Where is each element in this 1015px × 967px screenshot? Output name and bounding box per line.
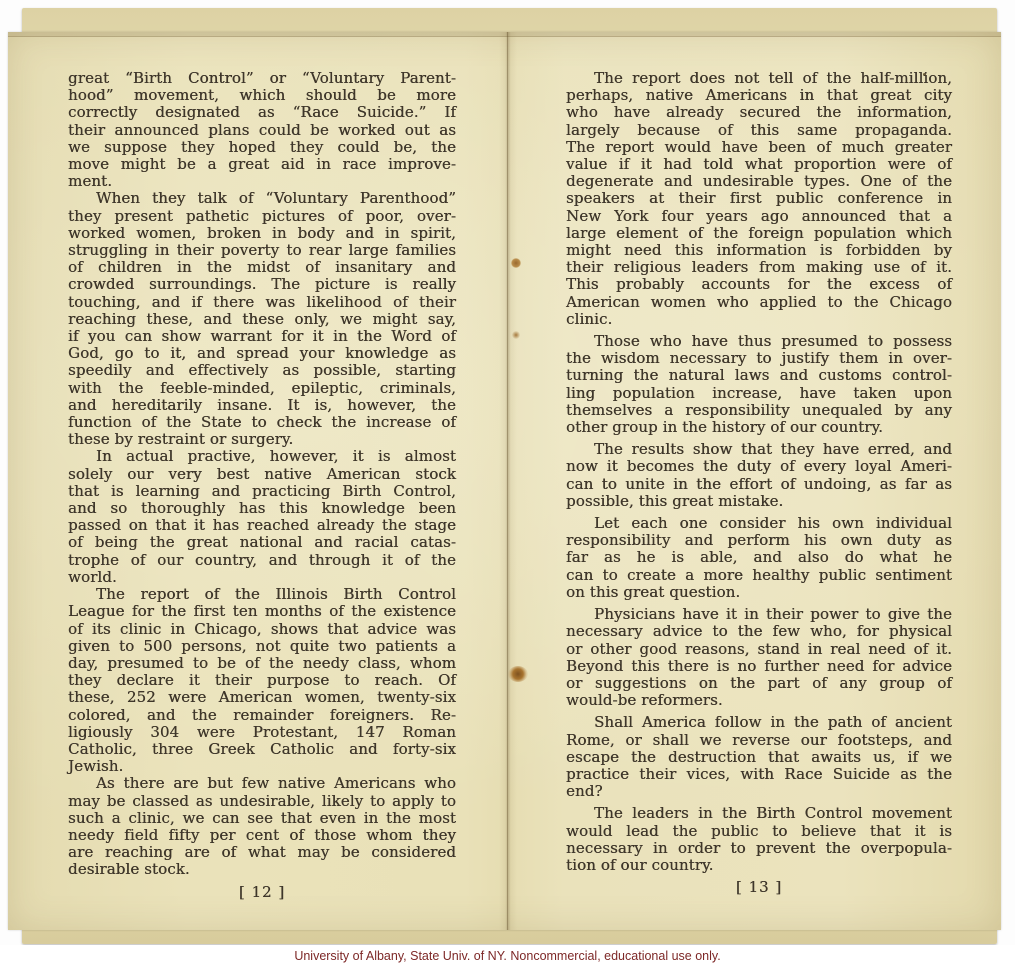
book-paper: great “Birth Control” or “Voluntary Pare… [8,32,1001,930]
text-line: God, go to it, and spread your knowledge… [68,345,456,362]
text-line: necessary in order to prevent the overpo… [566,840,952,857]
text-line: League for the first ten months of the e… [68,603,456,620]
paragraph: In actual practive, however, it is almos… [68,448,456,586]
text-line: touching, and if there was likelihood of… [68,294,456,311]
text-line: responsibility and perform his own duty … [566,532,952,549]
text-line: great “Birth Control” or “Voluntary Pare… [68,70,456,87]
text-line: The report would have been of much great… [566,139,952,156]
text-line: function of the State to check the incre… [68,414,456,431]
text-line: escape the destruction that awaits us, i… [566,749,952,766]
text-line: necessary advice to the few who, for phy… [566,623,952,640]
text-line: Jewish. [68,758,456,775]
text-line: New York four years ago announced that a [566,208,952,225]
paragraph: Physicians have it in their power to giv… [566,606,952,709]
text-line: their religious leaders from making use … [566,259,952,276]
paragraph: The report does not tell of the half-mil… [566,70,952,328]
text-line: As there are but few native Americans wh… [68,775,456,792]
text-line: struggling in their poverty to rear larg… [68,242,456,259]
text-line: their announced plans could be worked ou… [68,122,456,139]
text-line: Beyond this there is no further need for… [566,658,952,675]
text-line: turning the natural laws and customs con… [566,367,952,384]
paragraph: The results show that they have erred, a… [566,441,952,510]
paragraph: great “Birth Control” or “Voluntary Pare… [68,70,456,190]
text-line: ligiously 304 were Protestant, 147 Roman [68,724,456,741]
paragraph: The report of the Illinois Birth Control… [68,586,456,775]
page-12-number: [ 12 ] [68,884,456,901]
text-line: speakers at their first public conferenc… [566,190,952,207]
text-line: given to 500 persons, not quite two pati… [68,638,456,655]
page-12: great “Birth Control” or “Voluntary Pare… [68,70,456,901]
text-line: ment. [68,173,456,190]
book-gutter-crease [507,32,508,930]
text-line: they declare it their purpose to reach. … [68,672,456,689]
paragraph: Let each one consider his own individual… [566,515,952,601]
text-line: of being the great national and racial c… [68,534,456,551]
text-line: move might be a great aid in race improv… [68,156,456,173]
book-gutter-shading [499,32,517,930]
text-line: Catholic, three Greek Catholic and forty… [68,741,456,758]
text-line: who have already secured the information… [566,104,952,121]
text-line: correctly designated as “Race Suicide.” … [68,104,456,121]
text-line: The report does not tell of the half-mil… [566,70,952,87]
text-line: worked women, broken in body and in spir… [68,225,456,242]
text-line: may be classed as undesirable, likely to… [68,793,456,810]
text-line: trophe of our country, and through it of… [68,552,456,569]
text-line: and so thoroughly has this knowledge bee… [68,500,456,517]
text-line: day, presumed to be of the needy class, … [68,655,456,672]
text-line: passed on that it has reached already th… [68,517,456,534]
text-line: end? [566,783,952,800]
text-line: tion of our country. [566,857,952,874]
text-line: of children in the midst of insanitary a… [68,259,456,276]
text-line: if you can show warrant for it in the Wo… [68,328,456,345]
text-line: desirable stock. [68,861,456,878]
text-line: other group in the history of our countr… [566,419,952,436]
text-line: far as he is able, and also do what he [566,549,952,566]
text-line: solely our very best native American sto… [68,466,456,483]
text-line: practice their vices, with Race Suicide … [566,766,952,783]
paragraph: As there are but few native Americans wh… [68,775,456,878]
text-line: Shall America follow in the path of anci… [566,714,952,731]
text-line: themselves a responsibility unequaled by… [566,402,952,419]
paragraph: When they talk of “Voluntary Parenthood”… [68,190,456,448]
text-line: now it becomes the duty of every loyal A… [566,458,952,475]
text-line: world. [68,569,456,586]
text-line: large element of the foreign population … [566,225,952,242]
text-line: hood” movement, which should be more [68,87,456,104]
text-line: of its clinic in Chicago, shows that adv… [68,621,456,638]
text-line: are reaching are of what may be consider… [68,844,456,861]
text-line: Those who have thus presumed to possess [566,333,952,350]
page-13-number: [ 13 ] [566,879,952,896]
text-line: we suppose they hoped they could be, the [68,139,456,156]
paper-stain [512,331,520,339]
text-line: Physicians have it in their power to giv… [566,606,952,623]
page-13-text: The report does not tell of the half-mil… [566,70,952,874]
text-line: reaching these, and these only, we might… [68,311,456,328]
text-line: these by restraint or surgery. [68,431,456,448]
page-12-text: great “Birth Control” or “Voluntary Pare… [68,70,456,879]
paper-stain [508,666,528,682]
text-line: crowded surroundings. The picture is rea… [68,276,456,293]
text-line: or suggestions on the part of any group … [566,675,952,692]
text-line: they present pathetic pictures of poor, … [68,208,456,225]
text-line: needy field fifty per cent of those whom… [68,827,456,844]
text-line: these, 252 were American women, twenty-s… [68,689,456,706]
text-line: value if it had told what proportion wer… [566,156,952,173]
scan-footer: University of Albany, State Univ. of NY.… [0,945,1015,967]
text-line: Let each one consider his own individual [566,515,952,532]
text-line: American women who applied to the Chicag… [566,294,952,311]
paragraph: Those who have thus presumed to possesst… [566,333,952,436]
scanned-page-spread: great “Birth Control” or “Voluntary Pare… [0,0,1015,967]
text-line: degenerate and undesirable types. One of… [566,173,952,190]
text-line: perhaps, native Americans in that great … [566,87,952,104]
text-line: The results show that they have erred, a… [566,441,952,458]
text-line: and hereditarily insane. It is, however,… [68,397,456,414]
text-line: speedily and effectively as possible, st… [68,362,456,379]
text-line: the wisdom necessary to justify them in … [566,350,952,367]
text-line: ling population increase, have taken upo… [566,385,952,402]
paragraph: The leaders in the Birth Control movemen… [566,805,952,874]
text-line: would lead the public to believe that it… [566,823,952,840]
paper-stain [511,258,521,268]
text-line: When they talk of “Voluntary Parenthood” [68,190,456,207]
text-line: that is learning and practicing Birth Co… [68,483,456,500]
text-line: The leaders in the Birth Control movemen… [566,805,952,822]
text-line: would-be reformers. [566,692,952,709]
text-line: can to unite in the effort of undoing, a… [566,476,952,493]
paragraph: Shall America follow in the path of anci… [566,714,952,800]
text-line: The report of the Illinois Birth Control [68,586,456,603]
text-line: possible, this great mistake. [566,493,952,510]
text-line: might need this information is forbidden… [566,242,952,259]
text-line: on this great question. [566,584,952,601]
page-13: The report does not tell of the half-mil… [566,70,952,896]
text-line: with the feeble-minded, epileptic, crimi… [68,380,456,397]
text-line: colored, and the remainder foreigners. R… [68,707,456,724]
text-line: such a clinic, we can see that even in t… [68,810,456,827]
text-line: or other good reasons, stand in real nee… [566,641,952,658]
text-line: can to create a more healthy public sent… [566,567,952,584]
text-line: This probably accounts for the excess of [566,276,952,293]
footer-attribution: University of Albany, State Univ. of NY.… [294,949,720,963]
text-line: In actual practive, however, it is almos… [68,448,456,465]
text-line: clinic. [566,311,952,328]
text-line: largely because of this same propaganda. [566,122,952,139]
text-line: Rome, or shall we reverse our footsteps,… [566,732,952,749]
